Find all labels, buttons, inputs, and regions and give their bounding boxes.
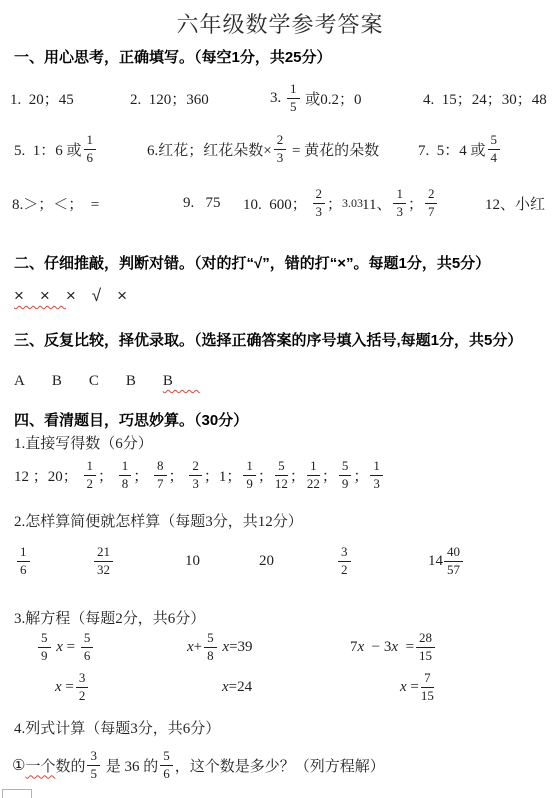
subsection-1-label: 1.直接写得数（6分） (14, 432, 153, 453)
text-run: 5. 1：6 或 (14, 139, 82, 160)
denominator: 15 (419, 648, 432, 663)
numerator: 5 (488, 133, 501, 149)
denominator: 8 (122, 476, 129, 491)
fraction-stack: 54 (488, 133, 501, 165)
fraction: 122 (307, 459, 320, 491)
denominator: 9 (246, 476, 253, 491)
text-run: 1. 20；45 (10, 88, 74, 109)
text-run: 9. 75 (183, 195, 221, 212)
fraction: 144057 (428, 545, 463, 577)
fraction-stack: 13 (370, 459, 383, 491)
fraction: 512 (275, 459, 288, 491)
choice-marks-plain: ABCB (14, 373, 163, 389)
answer-q3: 3. 15 或0.2；0 (270, 80, 362, 116)
fraction-stack: 715 (421, 671, 434, 703)
equation-1-solution: x =32 (55, 667, 90, 707)
text-run: 10. 600； (243, 193, 311, 214)
text-run: ，这个数是多少？（列方程解） (175, 755, 385, 776)
denominator: 5 (90, 766, 97, 781)
answer-q12: 12、小红 (485, 182, 545, 224)
denominator: 8 (207, 648, 214, 663)
fill-answers-line-1: 1. 20；45 2. 120；360 3. 15 或0.2；0 4. 15；2… (0, 80, 560, 116)
text-run: 8.＞；＜； = (12, 193, 99, 214)
variable-x: x (400, 679, 407, 696)
text-run: 11、 (362, 193, 391, 214)
text-run: 3.03 (342, 196, 363, 211)
variable-x: x (222, 679, 229, 696)
judge-answers-row: ×××√× (14, 286, 143, 306)
fraction: 13 (393, 187, 406, 219)
denominator: 4 (491, 150, 498, 165)
denominator: 5 (290, 99, 297, 114)
fraction: 16 (17, 545, 30, 577)
answer-q7: 7. 5：4 或54 (418, 128, 502, 170)
text-run: 2. 120；360 (130, 88, 209, 109)
denominator: 3 (192, 476, 199, 491)
variable-x: x (187, 639, 194, 656)
numerator: 40 (444, 545, 463, 561)
variable-x: x (55, 679, 62, 696)
numerator: 3 (76, 671, 89, 687)
answer-q4: 4. 15；24；30；48 (423, 80, 547, 116)
numerator: 1 (243, 459, 256, 475)
fraction-stack: 32 (338, 545, 351, 577)
denominator: 15 (421, 688, 434, 703)
text-run: 6.红花；红花朵数× (147, 139, 272, 160)
equations-row-1: 59 x = 56 x+58 x=39 7x − 3x =2815 (0, 627, 560, 667)
simplify-answer-1: 16 (15, 538, 32, 584)
denominator: 9 (342, 476, 349, 491)
answer-q11: 11、13；27 (362, 182, 439, 224)
numerator: 3 (87, 749, 100, 765)
answer-q10: 10. 600； 23；3.03 (243, 182, 363, 224)
subsection-3-label: 3.解方程（每题2分，共6分） (14, 607, 205, 628)
fraction-stack: 87 (154, 459, 167, 491)
numerator: 5 (339, 459, 352, 475)
numerator: 3 (338, 545, 351, 561)
fraction: 16 (84, 133, 97, 165)
fraction: 59 (38, 631, 51, 663)
denominator: 57 (447, 562, 460, 577)
fill-answers-line-3: 8.＞；＜； = 9. 75 10. 600； 23；3.03 11、13；27… (0, 182, 560, 224)
denominator: 2 (341, 562, 348, 577)
text-run: 3. (270, 90, 285, 107)
text-run: = (398, 639, 414, 656)
word-problem-1: ①一个数的35 是 36 的56，这个数是多少？（列方程解） (12, 743, 385, 787)
simplify-answer-6: 144057 (426, 538, 465, 584)
denominator: 6 (163, 766, 170, 781)
fraction: 23 (274, 133, 287, 165)
answer-q8: 8.＞；＜； = (12, 182, 99, 224)
text-run: =39 (229, 639, 252, 656)
text-run: = 黄花的朵数 (288, 139, 379, 160)
choice-answers-row: ABCBB (14, 373, 200, 390)
equation-2-solution: x=24 (222, 667, 252, 707)
fraction: 27 (425, 187, 438, 219)
simplify-answer-5: 32 (336, 538, 353, 584)
denominator: 32 (97, 562, 110, 577)
numerator: 7 (421, 671, 434, 687)
equation-3-solution: x =715 (400, 667, 436, 707)
section-1-heading: 一、用心思考，正确填写。（每空1分，共25分） (14, 46, 332, 67)
equation-2: x+58 x=39 (187, 627, 253, 667)
fraction-stack: 12 (84, 459, 97, 491)
answer-q6: 6.红花；红花朵数×23 = 黄花的朵数 (147, 128, 379, 170)
fraction: 58 (204, 631, 217, 663)
fraction: 2132 (94, 545, 113, 577)
fraction-stack: 19 (243, 459, 256, 491)
numerator: 2 (189, 459, 202, 475)
text-run: 7 (350, 639, 358, 656)
clipped-textbox-fragment (2, 789, 32, 798)
fraction: 12 (84, 459, 97, 491)
denominator: 3 (396, 204, 403, 219)
numerator: 1 (17, 545, 30, 561)
fraction: 56 (81, 631, 94, 663)
fraction-stack: 23 (274, 133, 287, 165)
text-run: 10 (185, 553, 200, 570)
fraction-stack: 23 (313, 187, 326, 219)
fraction: 13 (370, 459, 383, 491)
text-run: =24 (229, 679, 252, 696)
denominator: 6 (84, 648, 91, 663)
fraction-stack: 27 (425, 187, 438, 219)
fraction-stack: 23 (189, 459, 202, 491)
numerator: 8 (154, 459, 167, 475)
text-run: − 3 (364, 639, 391, 656)
denominator: 3 (373, 476, 380, 491)
text-run: ； (327, 193, 342, 214)
numerator: 5 (204, 631, 217, 647)
fraction-stack: 4057 (444, 545, 463, 577)
section-4-heading: 四、看清题目，巧思妙算。（30分） (14, 409, 248, 430)
section-3-heading: 三、反复比较，择优录取。（选择正确答案的序号填入括号,每题1分，共5分） (14, 329, 522, 350)
denominator: 12 (275, 476, 288, 491)
choice-mark-wavy: B (163, 373, 200, 389)
answer-q1: 1. 20；45 (10, 80, 74, 116)
judge-marks-rest: ×√× (66, 286, 143, 305)
simplify-calc-answers: 16 2132 10 20 32 144057 (0, 538, 560, 584)
wavy-marked-text: 一个 (25, 755, 55, 776)
judge-marks-wavy: ×× (14, 286, 66, 305)
fraction-stack: 58 (204, 631, 217, 663)
fraction: 56 (160, 749, 173, 781)
numerator: 1 (287, 82, 300, 98)
denominator: 6 (20, 562, 27, 577)
fraction: 19 (243, 459, 256, 491)
direct-calc-answers: 12 ；20； 12； 18； 87； 23；1；19；512；122；59；1… (14, 454, 385, 496)
text-run: ； (258, 465, 273, 486)
mixed-number-whole: 14 (428, 553, 443, 570)
text-run: ； (133, 465, 152, 486)
fraction: 35 (87, 749, 100, 781)
denominator: 2 (79, 688, 86, 703)
text-run: 12、小红 (485, 193, 545, 214)
numerator: 2 (274, 133, 287, 149)
text-run: 4. 15；24；30；48 (423, 88, 547, 109)
page-title: 六年级数学参考答案 (0, 8, 560, 39)
fraction: 2815 (416, 631, 435, 663)
subsection-2-label: 2.怎样算简便就怎样算（每题3分，共12分） (14, 510, 303, 531)
fraction: 18 (119, 459, 132, 491)
text-run: ； (290, 465, 305, 486)
fraction: 23 (189, 459, 202, 491)
fraction: 32 (76, 671, 89, 703)
answer-q2: 2. 120；360 (130, 80, 209, 116)
text-run: ① (12, 756, 25, 775)
fraction-stack: 122 (307, 459, 320, 491)
numerator: 1 (307, 459, 320, 475)
text-run: ； (322, 465, 337, 486)
numerator: 5 (81, 631, 94, 647)
denominator: 3 (316, 204, 323, 219)
fraction-stack: 59 (38, 631, 51, 663)
fraction-stack: 16 (17, 545, 30, 577)
denominator: 2 (87, 476, 94, 491)
text-run: ； (98, 465, 117, 486)
fraction-stack: 15 (287, 82, 300, 114)
fraction: 715 (421, 671, 434, 703)
answer-q5: 5. 1：6 或16 (14, 128, 98, 170)
variable-x: x (222, 639, 229, 656)
fraction-stack: 59 (339, 459, 352, 491)
simplify-answer-4: 20 (259, 538, 274, 584)
fraction-stack: 512 (275, 459, 288, 491)
text-run: 数的 (55, 755, 85, 776)
fraction-stack: 56 (160, 749, 173, 781)
text-run: ； (353, 465, 368, 486)
fraction-stack: 16 (84, 133, 97, 165)
text-run: 20 (259, 553, 274, 570)
denominator: 6 (87, 150, 94, 165)
numerator: 5 (38, 631, 51, 647)
answer-q9: 9. 75 (183, 182, 221, 224)
denominator: 22 (307, 476, 320, 491)
numerator: 2 (425, 187, 438, 203)
numerator: 28 (416, 631, 435, 647)
numerator: 5 (275, 459, 288, 475)
fraction-stack: 2815 (416, 631, 435, 663)
numerator: 1 (370, 459, 383, 475)
denominator: 9 (41, 648, 48, 663)
fraction: 23 (313, 187, 326, 219)
text-run: 12 ；20； (14, 465, 82, 486)
fraction-stack: 56 (81, 631, 94, 663)
numerator: 1 (119, 459, 132, 475)
fraction-stack: 35 (87, 749, 100, 781)
fraction: 54 (488, 133, 501, 165)
section-2-heading: 二、仔细推敲，判断对错。（对的打“√”，错的打“×”。每题1分，共5分） (14, 252, 490, 273)
fill-answers-line-2: 5. 1：6 或16 6.红花；红花朵数×23 = 黄花的朵数 7. 5：4 或… (0, 128, 560, 170)
text-run: ； (169, 465, 188, 486)
text-run: = (63, 639, 79, 656)
denominator: 7 (428, 204, 435, 219)
text-run: 或0.2；0 (302, 88, 362, 109)
fraction: 32 (338, 545, 351, 577)
variable-x: x (358, 639, 365, 656)
text-run: ；1； (204, 465, 242, 486)
text-run: 7. 5：4 或 (418, 139, 486, 160)
equation-1: 59 x = 56 (36, 627, 95, 667)
fraction-stack: 2132 (94, 545, 113, 577)
denominator: 7 (157, 476, 164, 491)
variable-x: x (391, 639, 398, 656)
text-run: 是 36 的 (102, 755, 158, 776)
fraction-stack: 32 (76, 671, 89, 703)
equation-3: 7x − 3x =2815 (350, 627, 437, 667)
answer-sheet-page: 六年级数学参考答案 一、用心思考，正确填写。（每空1分，共25分） 1. 20；… (0, 0, 560, 798)
text-run: + (194, 639, 202, 656)
text-run: = (62, 679, 74, 696)
variable-x: x (56, 639, 63, 656)
simplify-answer-2: 2132 (92, 538, 115, 584)
equations-row-2: x =32 x=24 x =715 (0, 667, 560, 707)
text-run: = (407, 679, 419, 696)
numerator: 5 (160, 749, 173, 765)
fraction-stack: 13 (393, 187, 406, 219)
fraction-stack: 18 (119, 459, 132, 491)
fraction: 15 (287, 82, 300, 114)
numerator: 2 (313, 187, 326, 203)
numerator: 1 (84, 133, 97, 149)
numerator: 21 (94, 545, 113, 561)
subsection-4-label: 4.列式计算（每题3分，共6分） (14, 717, 220, 738)
fraction: 87 (154, 459, 167, 491)
simplify-answer-3: 10 (185, 538, 200, 584)
denominator: 3 (277, 150, 284, 165)
fraction: 59 (339, 459, 352, 491)
text-run: ； (408, 193, 423, 214)
numerator: 1 (393, 187, 406, 203)
numerator: 1 (84, 459, 97, 475)
